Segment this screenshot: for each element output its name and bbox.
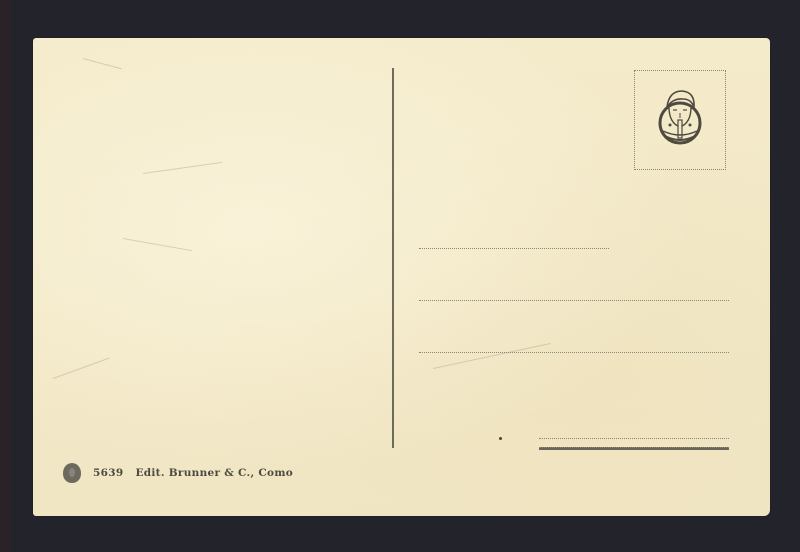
address-line-4 xyxy=(539,438,729,439)
address-line-3 xyxy=(419,352,729,353)
catalog-number: 5639 xyxy=(93,467,123,479)
center-divider-line xyxy=(392,68,394,448)
paper-scratch xyxy=(123,238,192,251)
publisher-logo-icon xyxy=(63,463,81,483)
address-underline-solid xyxy=(539,447,729,450)
postcard-back: 5639 Edit. Brunner & C., Como xyxy=(33,38,770,516)
publisher-imprint: 5639 Edit. Brunner & C., Como xyxy=(63,463,293,483)
woman-face-medallion-icon xyxy=(655,87,705,149)
address-line-1 xyxy=(419,248,609,249)
paper-scratch xyxy=(433,343,551,369)
ink-dot xyxy=(499,437,502,440)
backdrop-edge xyxy=(0,0,10,552)
paper-scratch xyxy=(53,358,110,379)
address-line-2 xyxy=(419,300,729,301)
paper-scratch xyxy=(143,162,222,174)
paper-scratch xyxy=(83,58,122,69)
stamp-box xyxy=(634,70,726,170)
publisher-text: Edit. Brunner & C., Como xyxy=(135,467,293,479)
